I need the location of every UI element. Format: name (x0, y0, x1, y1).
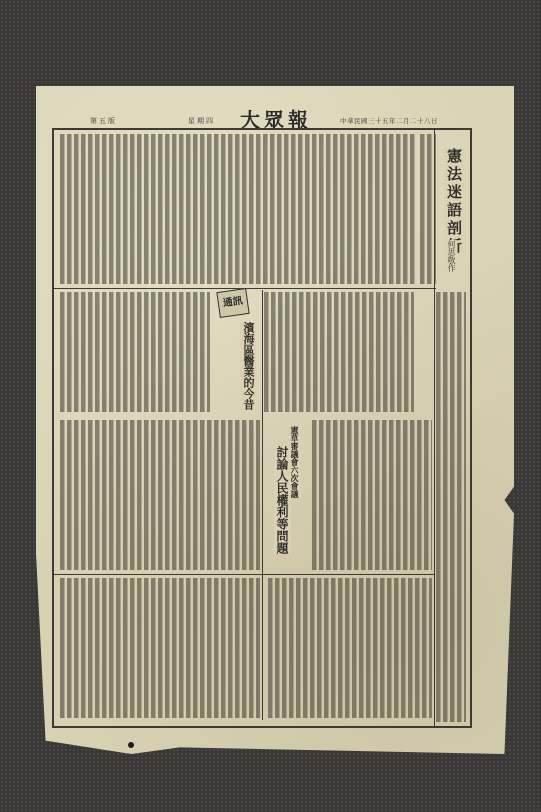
kicker-draft-review: 憲草審議會六次會議 (290, 426, 301, 498)
weekday: 星期四 (188, 116, 215, 126)
article-text-mid-right (264, 292, 414, 412)
article-text-bottom-left (60, 578, 260, 718)
correspondence-stamp: 通訊 (216, 288, 249, 318)
page-number: 第五版 (90, 116, 117, 126)
vertical-rule-center (262, 290, 263, 720)
article-text-right-col (436, 292, 466, 722)
article-text-bottom-right (268, 578, 432, 718)
newspaper-header: 第五版 星期四 大眾報 中華民國三十五年二月二十八日 (70, 108, 470, 130)
article-text-top (60, 134, 415, 284)
vertical-rule-right (434, 130, 435, 726)
article-text-mid-left (60, 292, 210, 412)
byline-constitution: 何思敬作 (446, 240, 457, 272)
article-text-lower-left (60, 420, 260, 570)
article-text-lower-right (312, 420, 432, 570)
issue-date: 中華民國三十五年二月二十八日 (340, 116, 438, 125)
ink-spot (128, 742, 134, 748)
horizontal-rule-lower (54, 574, 434, 575)
headline-draft-review: 討論人民權利等問題 (274, 446, 291, 554)
headline-coastal-medicine: 濱海區醫業的今昔 (240, 322, 256, 410)
